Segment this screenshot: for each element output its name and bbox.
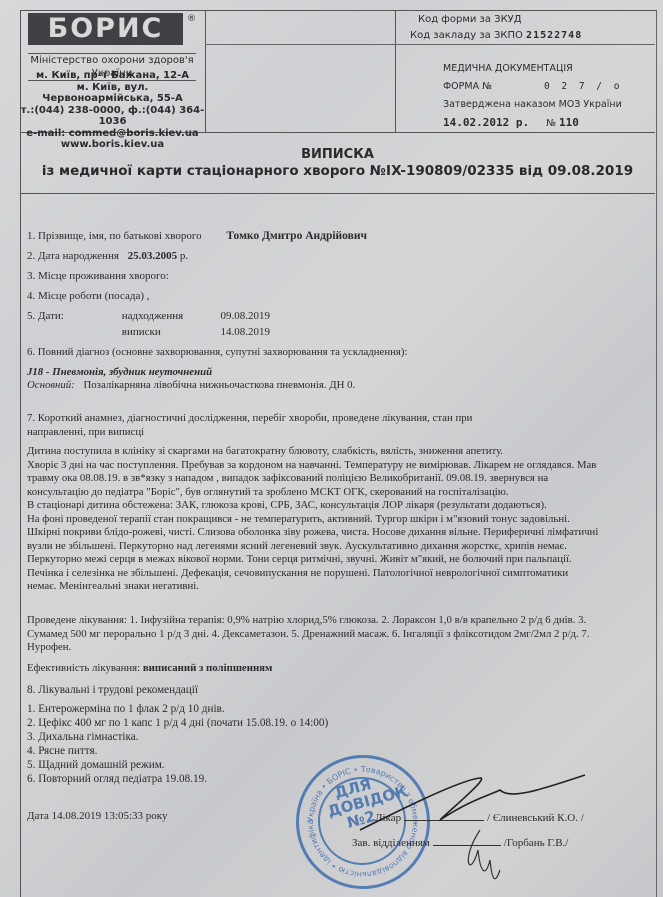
discharge-datetime: Дата 14.08.2019 13:05:33 року: [27, 810, 167, 822]
diagnosis-section: 6. Повний діагноз (основне захворювання,…: [27, 346, 407, 393]
anamnesis-line: В стаціонарі дитина обстежена: ЗАК, глюк…: [27, 499, 598, 513]
clinic-logo: БОРИС: [28, 13, 183, 45]
recommendations-section: 8. Лікувальні і трудові рекомендації 1. …: [27, 683, 328, 786]
diagnosis-code: J18 - Пневмонія, збудник неуточнений: [27, 366, 407, 380]
efficacy-label: Ефективність лікування:: [27, 662, 140, 674]
approved-order-line: 14.02.2012 р. № 110: [443, 114, 622, 133]
anamnesis-line: Печінка і селезінка не збільшені. Дефека…: [27, 567, 598, 581]
anamnesis-line: травму ока 08.08.19. в зв*язку з нападом…: [27, 472, 598, 486]
treatment-line: Проведене лікування: 1. Інфузійна терапі…: [27, 614, 590, 628]
address-line: м. Київ, пр-т Бажана, 12-А: [20, 70, 205, 82]
field-birth-date: 2. Дата народження 25.03.2005 р.: [27, 250, 188, 262]
treatment-line: Нурофен.: [27, 641, 590, 655]
document-title: ВИПИСКА із медичної карти стаціонарного …: [20, 147, 655, 180]
medical-doc-info: МЕДИЧНА ДОКУМЕНТАЦІЯ ФОРМА №0 2 7 / о За…: [443, 60, 622, 133]
email-line: e-mail: commed@boris.kiev.ua: [20, 128, 205, 140]
anamnesis-section: 7. Короткий анамнез, діагностичні дослід…: [27, 412, 598, 594]
form-number-line: ФОРМА №0 2 7 / о: [443, 78, 622, 96]
approved-no: 110: [559, 116, 579, 129]
discharge-label: виписки: [122, 326, 218, 338]
treatment-efficacy: Ефективність лікування: виписаний з полі…: [27, 662, 590, 676]
approved-no-label: №: [546, 118, 556, 129]
registered-mark: ®: [187, 14, 196, 24]
anamnesis-line: вузли не збільшені. Перкуторно над леген…: [27, 540, 598, 554]
anamnesis-line: Дитина поступила в клініку зі скаргами н…: [27, 445, 598, 459]
med-doc-label: МЕДИЧНА ДОКУМЕНТАЦІЯ: [443, 60, 622, 78]
field-patient-name: 1. Прізвище, імя, по батькові хворого То…: [27, 230, 367, 242]
treatment-section: Проведене лікування: 1. Інфузійна терапі…: [27, 614, 590, 675]
birth-date: 25.03.2005: [128, 250, 178, 262]
anamnesis-line: консультацію до педіатра "Боріс", був ог…: [27, 486, 598, 500]
handwritten-signature-icon: [340, 770, 590, 890]
title-line2: із медичної карти стаціонарного хворого …: [20, 162, 655, 180]
main-value: Позалікарняна лівобічна нижньочасткова п…: [83, 379, 355, 391]
anamnesis-heading-2: направленні, при виписці: [27, 426, 598, 440]
phone-line: т.:(044) 238-0000, ф.:(044) 364-1036: [20, 105, 205, 128]
recommendation-item: 1. Ентерожерміна по 1 флак 2 р/д 10 днів…: [27, 702, 328, 716]
anamnesis-line: На фоні проведеної терапії стан покращив…: [27, 513, 598, 527]
treatment-line: Сумамед 500 мг перорально 1 р/д 3 дні. 4…: [27, 628, 590, 642]
recommendation-item: 4. Рясне пиття.: [27, 744, 328, 758]
main-diagnosis: Основний: Позалікарняна лівобічна нижньо…: [27, 379, 407, 393]
recommendation-item: 6. Повторний огляд педіатра 19.08.19.: [27, 772, 328, 786]
recommendation-item: 5. Щадний домашній режим.: [27, 758, 328, 772]
clinic-address: м. Київ, пр-т Бажана, 12-А м. Київ, вул.…: [20, 70, 205, 151]
address-line: м. Київ, вул. Червоноармійська, 55-А: [20, 82, 205, 105]
field-workplace: 4. Місце роботи (посада) ,: [27, 290, 150, 302]
admission-date: 09.08.2019: [221, 310, 271, 322]
approved-label: Затверджена наказом МОЗ України: [443, 96, 622, 114]
codes-divider: [395, 10, 655, 45]
patient-name: Томко Дмитро Андрійович: [226, 230, 367, 242]
recommendation-item: 2. Цефікс 400 мг по 1 капс 1 р/д 4 дні (…: [27, 716, 328, 730]
anamnesis-text: Дитина поступила в клініку зі скаргами н…: [27, 445, 598, 594]
main-label: Основний:: [27, 379, 75, 391]
field-dates: 5. Дати: надходження 09.08.2019: [27, 310, 270, 322]
anamnesis-heading: 7. Короткий анамнез, діагностичні дослід…: [27, 412, 598, 426]
birth-date-suffix: р.: [180, 250, 188, 262]
field-label: 2. Дата народження: [27, 250, 119, 262]
diagnosis-heading: 6. Повний діагноз (основне захворювання,…: [27, 346, 407, 360]
anamnesis-line: Шкірні покриви блідо-рожеві, чисті. Слиз…: [27, 526, 598, 540]
clinic-header-box: БОРИС ® Міністерство охорони здоров'я Ук…: [20, 10, 206, 133]
field-residence: 3. Місце проживання хворого:: [27, 270, 169, 282]
title-line1: ВИПИСКА: [20, 147, 655, 162]
form-value: 0 2 7 / о: [544, 81, 622, 92]
recommendations-list: 1. Ентерожерміна по 1 флак 2 р/д 10 днів…: [27, 702, 328, 786]
approved-date: 14.02.2012 р.: [443, 116, 529, 129]
anamnesis-line: Хворіє 3 дні на час поступлення. Пребува…: [27, 459, 598, 473]
anamnesis-line: Перкуторно межі серця в межах вікової но…: [27, 553, 598, 567]
field-label: 5. Дати:: [27, 310, 119, 322]
discharge-date: 14.08.2019: [221, 326, 271, 338]
anamnesis-line: немає. Менінгеальні знаки негативні.: [27, 580, 598, 594]
field-discharge: виписки 14.08.2019: [27, 326, 270, 338]
efficacy-value: виписаний з поліпшенням: [143, 662, 273, 674]
title-divider: [20, 193, 655, 194]
recommendations-heading: 8. Лікувальні і трудові рекомендації: [27, 683, 328, 697]
recommendation-item: 3. Дихальна гімнастіка.: [27, 730, 328, 744]
form-label: ФОРМА №: [443, 81, 492, 92]
admission-label: надходження: [122, 310, 218, 322]
field-label: 1. Прізвище, імя, по батькові хворого: [27, 230, 202, 242]
header-empty-top: [205, 10, 395, 45]
